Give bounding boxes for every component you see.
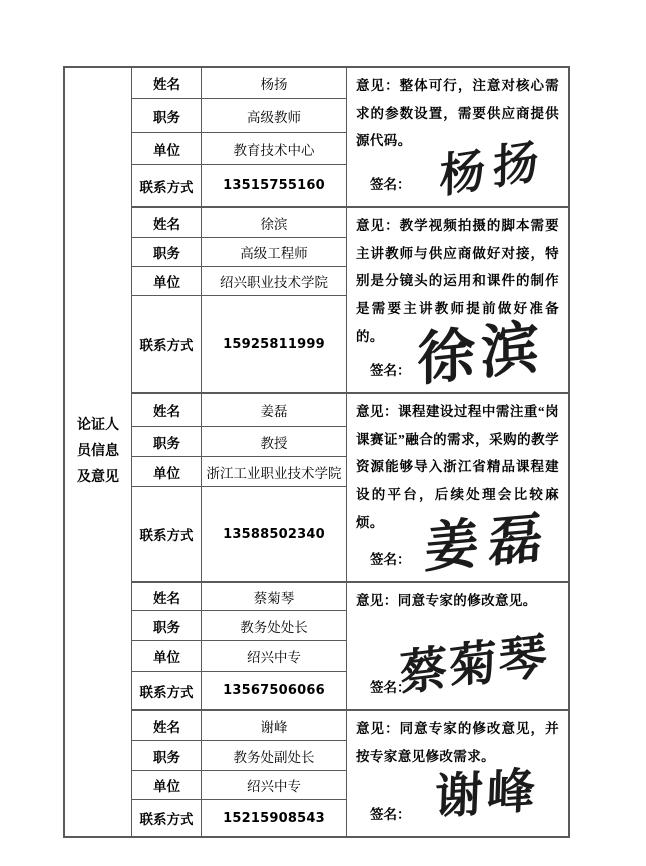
person-position: 教务处处长 (202, 611, 347, 641)
person-contact: 13515755160 (202, 165, 347, 206)
field-label-contact: 联系方式 (132, 487, 202, 581)
person-block-4: 姓名 蔡菊琴 职务 教务处处长 单位 绍兴中专 联系方式 13567506066… (132, 581, 568, 709)
opinion-text: 意见：课程建设过程中需注重“岗课赛证”融合的需求，采购的教学资源能够导入浙江省精… (356, 398, 559, 536)
field-label-contact: 联系方式 (132, 296, 202, 392)
opinion-cell: 意见：整体可行，注意对核心需求的参数设置，需要供应商提供源代码。 签名： 杨扬 (347, 68, 568, 206)
signature-label: 签名： (370, 548, 411, 568)
field-label-position: 职务 (132, 611, 202, 641)
field-label-name: 姓名 (132, 583, 202, 611)
opinion-text: 意见：同意专家的修改意见，并按专家意见修改需求。 (356, 715, 559, 770)
signature-label: 签名： (370, 173, 411, 193)
field-label-name: 姓名 (132, 394, 202, 427)
signature-label: 签名： (370, 676, 411, 696)
field-label-unit: 单位 (132, 641, 202, 672)
field-label-position: 职务 (132, 238, 202, 267)
field-label-name: 姓名 (132, 711, 202, 741)
person-unit: 教育技术中心 (202, 133, 347, 165)
field-label-name: 姓名 (132, 68, 202, 99)
person-name: 蔡菊琴 (202, 583, 347, 611)
person-contact: 13588502340 (202, 487, 347, 581)
signature-label: 签名： (370, 359, 411, 379)
person-name: 姜磊 (202, 394, 347, 427)
opinion-text: 意见：整体可行，注意对核心需求的参数设置，需要供应商提供源代码。 (356, 72, 559, 155)
personnel-opinion-table: 论证人员信息及意见 姓名 杨扬 职务 高级教师 单位 教育技术中心 联系方式 1… (63, 66, 570, 838)
field-label-position: 职务 (132, 741, 202, 771)
field-label-position: 职务 (132, 427, 202, 457)
person-block-3: 姓名 姜磊 职务 教授 单位 浙江工业职业技术学院 联系方式 135885023… (132, 392, 568, 581)
person-block-5: 姓名 谢峰 职务 教务处副处长 单位 绍兴中专 联系方式 15215908543… (132, 709, 568, 836)
person-position: 教务处副处长 (202, 741, 347, 771)
opinion-cell: 意见：课程建设过程中需注重“岗课赛证”融合的需求，采购的教学资源能够导入浙江省精… (347, 394, 568, 581)
table-row-header: 论证人员信息及意见 (65, 68, 132, 836)
person-block-2: 姓名 徐滨 职务 高级工程师 单位 绍兴职业技术学院 联系方式 15925811… (132, 206, 568, 392)
field-label-unit: 单位 (132, 457, 202, 487)
field-label-contact: 联系方式 (132, 800, 202, 836)
person-unit: 绍兴职业技术学院 (202, 267, 347, 296)
person-position: 教授 (202, 427, 347, 457)
opinion-text: 意见：同意专家的修改意见。 (356, 587, 559, 615)
person-contact: 15925811999 (202, 296, 347, 392)
field-label-unit: 单位 (132, 267, 202, 296)
person-position: 高级教师 (202, 99, 347, 133)
opinion-cell: 意见：同意专家的修改意见。 签名： 蔡菊琴 (347, 583, 568, 709)
field-label-contact: 联系方式 (132, 165, 202, 206)
opinion-text: 意见：教学视频拍摄的脚本需要主讲教师与供应商做好对接，特别是分镜头的运用和课件的… (356, 212, 559, 350)
field-label-unit: 单位 (132, 771, 202, 800)
field-label-contact: 联系方式 (132, 672, 202, 709)
person-unit: 绍兴中专 (202, 641, 347, 672)
person-unit: 浙江工业职业技术学院 (202, 457, 347, 487)
signature-label: 签名： (370, 803, 411, 823)
person-name: 徐滨 (202, 208, 347, 238)
opinion-cell: 意见：同意专家的修改意见，并按专家意见修改需求。 签名： 谢峰 (347, 711, 568, 836)
document-page: 论证人员信息及意见 姓名 杨扬 职务 高级教师 单位 教育技术中心 联系方式 1… (0, 0, 646, 866)
opinion-cell: 意见：教学视频拍摄的脚本需要主讲教师与供应商做好对接，特别是分镜头的运用和课件的… (347, 208, 568, 392)
field-label-unit: 单位 (132, 133, 202, 165)
person-contact: 15215908543 (202, 800, 347, 836)
person-name: 谢峰 (202, 711, 347, 741)
person-blocks: 姓名 杨扬 职务 高级教师 单位 教育技术中心 联系方式 13515755160… (132, 68, 568, 836)
field-label-name: 姓名 (132, 208, 202, 238)
person-position: 高级工程师 (202, 238, 347, 267)
person-name: 杨扬 (202, 68, 347, 99)
person-block-1: 姓名 杨扬 职务 高级教师 单位 教育技术中心 联系方式 13515755160… (132, 68, 568, 206)
person-unit: 绍兴中专 (202, 771, 347, 800)
handwritten-signature: 蔡菊琴 (399, 617, 549, 705)
field-label-position: 职务 (132, 99, 202, 133)
person-contact: 13567506066 (202, 672, 347, 709)
